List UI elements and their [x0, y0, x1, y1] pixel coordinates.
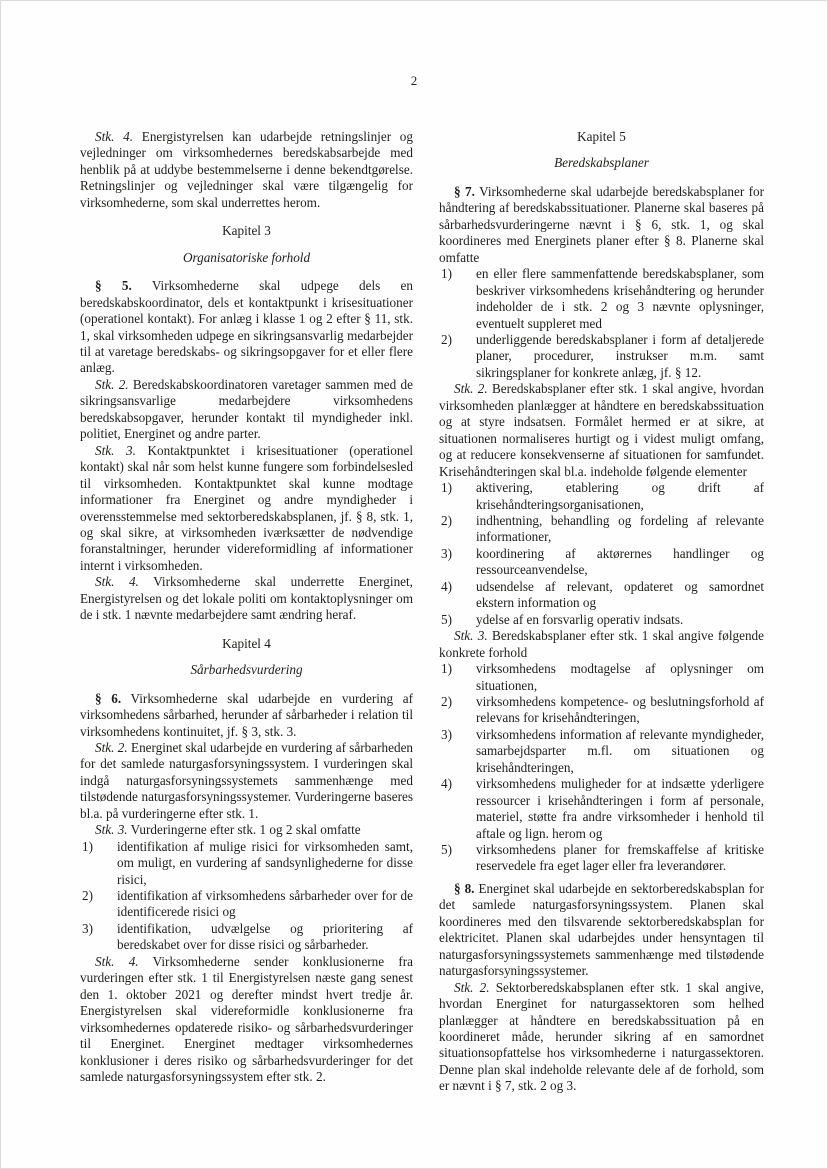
chapter-heading: Kapitel 5 [439, 129, 764, 145]
list-item: 1)identifikation af mulige risici for vi… [80, 839, 413, 888]
columns: Stk. 4. Energistyrelsen kan udarbejde re… [80, 129, 764, 1095]
paragraph-lead: Stk. 2. [454, 980, 490, 995]
list-item-number: 1) [439, 266, 476, 332]
paragraph-lead: Stk. 4. [95, 954, 139, 969]
paragraph-lead: Stk. 2. [454, 381, 488, 396]
list-item-text: udsendelse af relevant, opdateret og sam… [476, 579, 764, 612]
paragraph: Stk. 4. Virksomhederne sender konklusion… [80, 954, 413, 1086]
paragraph-text: Beredskabskoordinatoren varetager sammen… [80, 377, 413, 441]
list-item-text: virksomhedens kompetence- og beslutnings… [476, 694, 764, 727]
chapter-heading: Kapitel 3 [80, 223, 413, 239]
numbered-list: 1)aktivering, etablering og drift af kri… [439, 480, 764, 628]
list-item-text: identifikation af virksomhedens sårbarhe… [117, 888, 413, 921]
paragraph-text: Energinet skal udarbejde en sektorbereds… [439, 881, 764, 978]
list-item: 1)aktivering, etablering og drift af kri… [439, 480, 764, 513]
list-item: 3)identifikation, udvælgelse og priorite… [80, 921, 413, 954]
list-item: 5)ydelse af en forsvarlig operativ indsa… [439, 612, 764, 628]
numbered-list: 1)virksomhedens modtagelse af oplysninge… [439, 661, 764, 875]
paragraph-text: Virksomhederne skal udarbejde beredskabs… [439, 184, 764, 265]
list-item-number: 3) [439, 546, 476, 579]
numbered-list: 1)en eller flere sammenfattende beredska… [439, 266, 764, 381]
list-item-number: 2) [439, 332, 476, 381]
paragraph-text: Kontaktpunktet i krisesituationer (opera… [80, 443, 413, 573]
document-page: 2 Stk. 4. Energistyrelsen kan udarbejde … [0, 0, 828, 1169]
chapter-subtitle: Organisatoriske forhold [80, 250, 413, 266]
list-item-number: 4) [439, 579, 476, 612]
list-item: 2)virksomhedens kompetence- og beslutnin… [439, 694, 764, 727]
list-item-text: virksomhedens muligheder for at indsætte… [476, 776, 764, 842]
list-item-text: virksomhedens modtagelse af oplysninger … [476, 661, 764, 694]
paragraph-text: Beredskabsplaner efter stk. 1 skal angiv… [439, 628, 764, 659]
list-item-number: 3) [439, 727, 476, 776]
paragraph-lead: § 5. [95, 278, 132, 293]
paragraph: Stk. 3. Beredskabsplaner efter stk. 1 sk… [439, 628, 764, 661]
list-item-text: indhentning, behandling og fordeling af … [476, 513, 764, 546]
paragraph: § 7. Virksomhederne skal udarbejde bered… [439, 184, 764, 266]
list-item-number: 3) [80, 921, 117, 954]
paragraph-text: Virksomhederne skal udarbejde en vurderi… [80, 691, 413, 739]
list-item: 2)underliggende beredskabsplaner i form … [439, 332, 764, 381]
list-item-number: 1) [439, 480, 476, 513]
list-item-text: koordinering af aktørernes handlinger og… [476, 546, 764, 579]
list-item: 4)virksomhedens muligheder for at indsæt… [439, 776, 764, 842]
list-item-number: 1) [439, 661, 476, 694]
chapter-subtitle: Beredskabsplaner [439, 155, 764, 171]
list-item-number: 1) [80, 839, 117, 888]
numbered-list: 1)identifikation af mulige risici for vi… [80, 839, 413, 954]
list-item: 4)udsendelse af relevant, opdateret og s… [439, 579, 764, 612]
list-item-number: 5) [439, 612, 476, 628]
list-item-text: aktivering, etablering og drift af krise… [476, 480, 764, 513]
list-item: 3)koordinering af aktørernes handlinger … [439, 546, 764, 579]
paragraph-text: Beredskabsplaner efter stk. 1 skal angiv… [439, 381, 764, 478]
list-item-text: en eller flere sammenfattende beredskabs… [476, 266, 764, 332]
list-item: 5)virksomhedens planer for fremskaffelse… [439, 842, 764, 875]
list-item: 2)indhentning, behandling og fordeling a… [439, 513, 764, 546]
list-item-text: virksomhedens information af relevante m… [476, 727, 764, 776]
column-right: Kapitel 5Beredskabsplaner§ 7. Virksomhed… [439, 129, 764, 1095]
list-item-text: identifikation, udvælgelse og prioriteri… [117, 921, 413, 954]
paragraph-lead: Stk. 3. [95, 822, 128, 837]
list-item-text: virksomhedens planer for fremskaffelse a… [476, 842, 764, 875]
paragraph-text: Energinet skal udarbejde en vurdering af… [80, 740, 413, 821]
paragraph: Stk. 4. Energistyrelsen kan udarbejde re… [80, 129, 413, 211]
paragraph: Stk. 3. Vurderingerne efter stk. 1 og 2 … [80, 822, 413, 838]
paragraph-lead: § 8. [454, 881, 474, 896]
paragraph: Stk. 2. Sektorberedskabsplanen efter stk… [439, 980, 764, 1095]
paragraph-lead: § 7. [454, 184, 475, 199]
chapter-subtitle: Sårbarhedsvurdering [80, 662, 413, 678]
list-item-number: 2) [439, 694, 476, 727]
paragraph-text: Virksomhederne sender konklusionerne fra… [80, 954, 413, 1084]
column-left: Stk. 4. Energistyrelsen kan udarbejde re… [80, 129, 413, 1095]
page-number: 2 [1, 73, 827, 89]
paragraph: Stk. 2. Beredskabskoordinatoren varetage… [80, 377, 413, 443]
list-item-number: 4) [439, 776, 476, 842]
paragraph-lead: Stk. 2. [95, 740, 128, 755]
paragraph-text: Sektorberedskabsplanen efter stk. 1 skal… [439, 980, 764, 1094]
list-item: 3)virksomhedens information af relevante… [439, 727, 764, 776]
list-item-text: identifikation af mulige risici for virk… [117, 839, 413, 888]
paragraph-lead: Stk. 3. [454, 628, 488, 643]
paragraph: § 6. Virksomhederne skal udarbejde en vu… [80, 691, 413, 740]
paragraph-lead: Stk. 4. [95, 129, 133, 144]
list-item-number: 2) [80, 888, 117, 921]
list-item-text: underliggende beredskabsplaner i form af… [476, 332, 764, 381]
paragraph: Stk. 2. Energinet skal udarbejde en vurd… [80, 740, 413, 822]
paragraph-lead: § 6. [95, 691, 121, 706]
list-item-number: 2) [439, 513, 476, 546]
paragraph: Stk. 2. Beredskabsplaner efter stk. 1 sk… [439, 381, 764, 480]
list-item-text: ydelse af en forsvarlig operativ indsats… [476, 612, 764, 628]
list-item: 1)virksomhedens modtagelse af oplysninge… [439, 661, 764, 694]
list-item: 1)en eller flere sammenfattende beredska… [439, 266, 764, 332]
list-item-number: 5) [439, 842, 476, 875]
paragraph: Stk. 4. Virksomhederne skal underrette E… [80, 574, 413, 623]
paragraph-lead: Stk. 3. [95, 443, 136, 458]
paragraph-lead: Stk. 4. [95, 574, 139, 589]
paragraph: Stk. 3. Kontaktpunktet i krisesituatione… [80, 443, 413, 575]
paragraph: § 5. Virksomhederne skal udpege dels en … [80, 278, 413, 377]
paragraph: § 8. Energinet skal udarbejde en sektorb… [439, 881, 764, 980]
chapter-heading: Kapitel 4 [80, 636, 413, 652]
paragraph-lead: Stk. 2. [95, 377, 129, 392]
list-item: 2)identifikation af virksomhedens sårbar… [80, 888, 413, 921]
paragraph-text: Vurderingerne efter stk. 1 og 2 skal omf… [131, 822, 361, 837]
